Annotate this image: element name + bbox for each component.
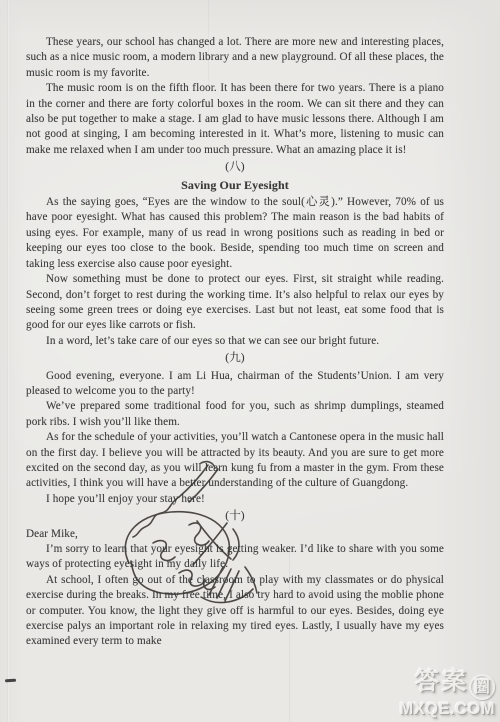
heading-section-9: (九) <box>26 351 444 366</box>
essay-paragraph: As the saying goes, “Eyes are the window… <box>26 195 444 272</box>
essay-paragraph: The music room is on the fifth floor. It… <box>26 81 444 158</box>
essay-paragraph: In a word, let’s take care of our eyes s… <box>26 334 444 349</box>
watermark-brand: 答案圈 <box>399 668 495 700</box>
essay-title: Saving Our Eyesight <box>26 178 444 193</box>
essay-paragraph: Good evening, everyone. I am Li Hua, cha… <box>26 369 444 400</box>
answer-site-watermark: 答案圈 MXQE.COM <box>399 668 495 718</box>
watermark-brand-text: 答案 <box>415 668 469 695</box>
pen-scribble-doodle <box>105 455 265 615</box>
scanned-page-background: These years, our school has changed a lo… <box>0 0 500 722</box>
paper-crease-left <box>7 0 9 722</box>
essay-paragraph: These years, our school has changed a lo… <box>26 35 444 81</box>
watermark-site-url: MXQE.COM <box>399 701 495 718</box>
heading-section-8: (八) <box>26 160 444 175</box>
pen-mark <box>5 679 16 682</box>
watermark-brand-circle: 圈 <box>469 674 495 700</box>
essay-paragraph: Now something must be done to protect ou… <box>26 272 444 334</box>
essay-paragraph: We’ve prepared some traditional food for… <box>26 399 444 430</box>
